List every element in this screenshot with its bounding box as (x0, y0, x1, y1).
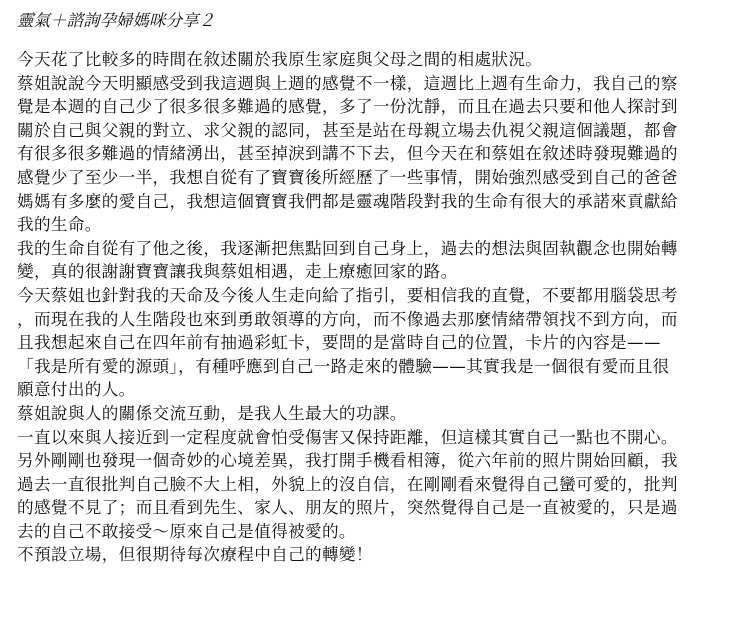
body-line: 願意付出的人。 (17, 378, 717, 402)
body-line: 且我想起來自己在四年前有抽過彩虹卡，要問的是當時自己的位置，卡片的內容是—— (17, 331, 717, 355)
document-title: 靈氣＋諮詢孕婦媽咪分享２ (17, 10, 717, 32)
body-line: 今天花了比較多的時間在敘述關於我原生家庭與父母之間的相處狀況。 (17, 48, 717, 72)
body-line: 變，真的很謝謝寶寶讓我與蔡姐相遇，走上療癒回家的路。 (17, 260, 717, 284)
body-line: 關於自己與父親的對立、求父親的認同，甚至是站在母親立場去仇視父親這個議題，都會 (17, 119, 717, 143)
document-page: 靈氣＋諮詢孕婦媽咪分享２ 今天花了比較多的時間在敘述關於我原生家庭與父母之間的相… (0, 0, 717, 567)
body-line: 去的自己不敢接受～原來自己是值得被愛的。 (17, 520, 717, 544)
body-line: 有很多很多難過的情緒湧出，甚至掉淚到講不下去，但今天在和蔡姐在敘述時發現難過的 (17, 142, 717, 166)
document-body: 今天花了比較多的時間在敘述關於我原生家庭與父母之間的相處狀況。 蔡姐說說今天明顯… (17, 48, 717, 567)
body-line: 的感覺不見了；而且看到先生、家人、朋友的照片，突然覺得自己是一直被愛的，只是過 (17, 496, 717, 520)
body-line: 蔡姐說與人的關係交流互動，是我人生最大的功課。 (17, 402, 717, 426)
body-line: 「我是所有愛的源頭」，有種呼應到自己一路走來的體驗——其實我是一個很有愛而且很 (17, 355, 717, 379)
body-line: 不預設立場，但很期待每次療程中自己的轉變！ (17, 543, 717, 567)
body-line: 我的生命。 (17, 213, 717, 237)
body-line: 感覺少了至少一半，我想自從有了寶寶後所經歷了一些事情，開始強烈感受到自己的爸爸 (17, 166, 717, 190)
body-line: 一直以來與人接近到一定程度就會怕受傷害又保持距離，但這樣其實自己一點也不開心。 (17, 426, 717, 450)
body-line: 我的生命自從有了他之後，我逐漸把焦點回到自己身上，過去的想法與固執觀念也開始轉 (17, 237, 717, 261)
body-line: ，而現在我的人生階段也來到勇敢領導的方向，而不像過去那麼情緒帶領找不到方向，而 (17, 308, 717, 332)
body-line: 覺是本週的自己少了很多很多難過的感覺，多了一份沈靜，而且在過去只要和他人探討到 (17, 95, 717, 119)
body-line: 過去一直很批判自己臉不大上相，外貌上的沒自信，在剛剛看來覺得自己蠻可愛的，批判 (17, 473, 717, 497)
body-line: 蔡姐說說今天明顯感受到我這週與上週的感覺不一樣，這週比上週有生命力，我自己的察 (17, 72, 717, 96)
body-line: 今天蔡姐也針對我的天命及今後人生走向給了指引，要相信我的直覺，不要都用腦袋思考 (17, 284, 717, 308)
body-line: 另外剛剛也發現一個奇妙的心境差異，我打開手機看相簿，從六年前的照片開始回顧，我 (17, 449, 717, 473)
body-line: 媽媽有多麼的愛自己，我想這個寶寶我們都是靈魂階段對我的生命有很大的承諾來貢獻給 (17, 190, 717, 214)
